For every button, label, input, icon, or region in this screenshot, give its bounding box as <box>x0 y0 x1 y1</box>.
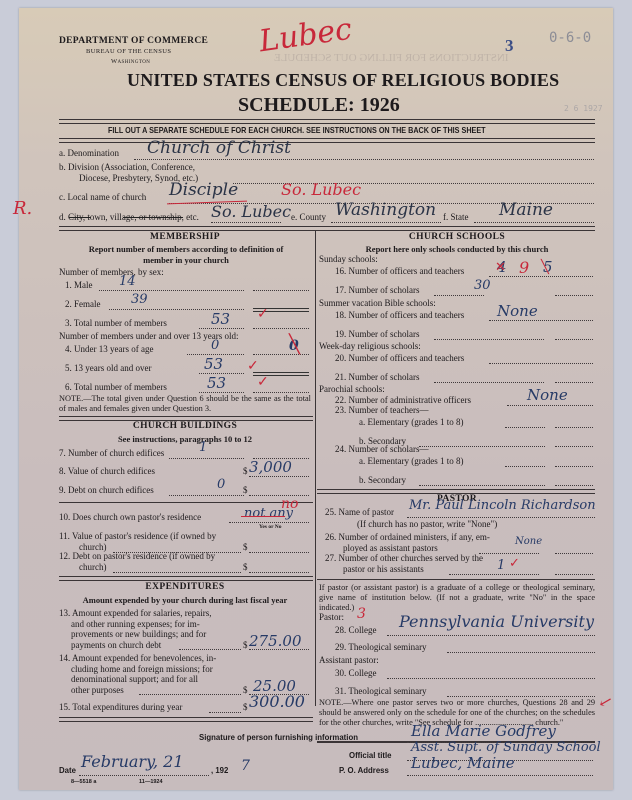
q11-dollar-line <box>249 552 309 553</box>
q3-check-line <box>253 328 309 329</box>
q25-pastor-name[interactable]: Mr. Paul Lincoln Richardson <box>409 498 596 513</box>
q26-label-line1: 26. Number of ordained ministers, if any… <box>325 532 490 542</box>
q26-value[interactable]: None <box>515 536 542 547</box>
q30-label: 30. College <box>335 668 377 678</box>
state-value[interactable]: Maine <box>499 200 553 220</box>
q1-check-line <box>253 290 309 291</box>
members-by-sex-label: Number of members, by sex: <box>59 267 164 277</box>
received-date-stamp: 2 6 1927 <box>564 104 603 113</box>
expenditures-subtitle: Amount expended by your church during la… <box>59 595 311 605</box>
q19-line <box>434 339 544 340</box>
q4-cross-mark-icon: ╲ <box>289 334 300 355</box>
local-name-label: c. Local name of church <box>59 192 146 202</box>
bureau-city: Washington <box>111 58 150 65</box>
q13-label-line1: 13. Amount expended for salaries, repair… <box>59 608 211 619</box>
year-digit[interactable]: 7 <box>241 758 250 774</box>
margin-mark: R. <box>13 198 32 219</box>
schools-title: CHURCH SCHOOLS <box>319 232 595 242</box>
q3-line <box>199 328 244 329</box>
q21-line <box>434 382 544 383</box>
pastor-inner-divider <box>317 579 595 580</box>
q26-label-line2: ployed as assistant pastors <box>343 543 438 553</box>
q30-line <box>387 678 595 679</box>
membership-subtitle: Report number of members according to de… <box>75 244 297 266</box>
q27-checkmark-icon: ✓ <box>509 556 520 571</box>
q7-edifices-value[interactable]: 1 <box>199 440 207 455</box>
q24-label: 24. Number of scholars— <box>335 444 428 454</box>
local-name-value[interactable]: Disciple <box>169 180 238 200</box>
q13-label: 13. Amount expended for salaries, repair… <box>59 608 211 650</box>
q8-currency: $ <box>243 466 248 476</box>
q4-under13-value[interactable]: 0 <box>211 338 219 353</box>
q27-value[interactable]: 1 <box>497 558 505 573</box>
census-schedule-sheet: INSTRUCTIONS FOR FILLING OUT SCHEDULE DE… <box>19 8 613 790</box>
signature-value[interactable]: Ella Marie Godfrey <box>411 722 556 740</box>
official-title-label: Official title <box>349 751 391 760</box>
q23a-label: a. Elementary (grades 1 to 8) <box>359 417 463 427</box>
membership-note: NOTE.—The total given under Question 6 s… <box>59 394 311 414</box>
county-line <box>331 222 441 223</box>
q27-label-line1: 27. Number of other churches served by t… <box>325 553 483 563</box>
q14-line <box>139 694 241 695</box>
q13-line <box>179 649 241 650</box>
date-value[interactable]: February, 21 <box>81 752 184 771</box>
q4-under13-label: 4. Under 13 years of age <box>65 344 153 354</box>
q22-value[interactable]: None <box>527 386 568 404</box>
signature-label: Signature of person furnishing informati… <box>199 733 358 742</box>
q24a-line <box>505 466 545 467</box>
q13-label-line2: and other running expenses; for im- <box>59 619 211 630</box>
q17-line <box>434 295 484 296</box>
q26-check-line <box>555 553 593 554</box>
q6-total-value[interactable]: 53 <box>207 374 226 392</box>
schools-subtitle: Report here only schools conducted by th… <box>319 244 595 254</box>
denomination-label: a. Denomination <box>59 148 119 158</box>
q24b-line <box>419 485 545 486</box>
q21-label: 21. Number of scholars <box>335 372 419 382</box>
q31-line <box>447 696 595 697</box>
village-strikeout <box>123 217 183 218</box>
department-name: DEPARTMENT OF COMMERCE <box>59 36 208 46</box>
q14-label-line1: 14. Amount expended for benevolences, in… <box>59 653 216 664</box>
q17-check-line <box>555 295 593 296</box>
q17-value[interactable]: 30 <box>474 278 491 293</box>
city-strikeout <box>69 217 91 218</box>
q18-label: 18. Number of officers and teachers <box>335 310 464 320</box>
q10-hint: Yes or No <box>259 524 282 530</box>
q17-label: 17. Number of scholars <box>335 285 419 295</box>
q27-label-line2: pastor or his assistants <box>343 564 424 574</box>
q5-over13-label: 5. 13 years old and over <box>65 363 151 373</box>
q8-line <box>249 476 309 477</box>
pastor-education-label: Pastor: <box>319 612 344 622</box>
q8-value-label: 8. Value of church edifices <box>59 466 155 476</box>
q1-male-value[interactable]: 14 <box>119 274 136 289</box>
membership-title: MEMBERSHIP <box>59 232 311 242</box>
buildings-title: CHURCH BUILDINGS <box>59 421 311 431</box>
q29-line <box>447 652 595 653</box>
q16-strike-icon: ✕ <box>495 260 506 275</box>
q9-line <box>169 495 244 496</box>
q12-currency: $ <box>243 562 248 572</box>
q10-correction[interactable]: no <box>281 496 298 512</box>
expenditures-title: EXPENDITURES <box>59 582 311 592</box>
form-code: 8—5518 a <box>71 779 96 785</box>
q3-total-value[interactable]: 53 <box>211 310 230 328</box>
q12-line <box>113 572 241 573</box>
q9-dollar-line <box>249 495 309 496</box>
division-label-line1: b. Division (Association, Conference, <box>59 162 195 172</box>
q11-currency: $ <box>243 542 248 552</box>
q15-total-value[interactable]: 300.00 <box>249 692 305 711</box>
q23b-check-line <box>555 446 593 447</box>
summer-schools-label: Summer vacation Bible schools: <box>319 298 436 308</box>
q24b-label: b. Secondary <box>359 475 406 485</box>
q7-line <box>169 458 244 459</box>
q18-line <box>489 320 593 321</box>
state-line <box>474 222 594 223</box>
q9-debt-value[interactable]: 0 <box>217 477 225 492</box>
q20-label: 20. Number of officers and teachers <box>335 353 464 363</box>
q25-hint: (If church has no pastor, write "None") <box>357 519 497 529</box>
q19-check-line <box>555 339 593 340</box>
city-line <box>211 222 281 223</box>
header-divider <box>59 119 595 124</box>
q6-total-label: 6. Total number of members <box>65 382 167 392</box>
q22-line <box>507 405 593 406</box>
date-label: Date <box>59 766 76 775</box>
q28-line <box>387 635 595 636</box>
q3-total-label: 3. Total number of members <box>65 318 167 328</box>
q28-label: 28. College <box>335 625 377 635</box>
po-address-value[interactable]: Lubec, Maine <box>411 754 515 772</box>
q10-strikeout <box>241 516 285 517</box>
q9-currency: $ <box>243 485 248 495</box>
q23a-line <box>505 427 545 428</box>
q29-label: 29. Theological seminary <box>335 642 427 652</box>
reverse-side-show-through: INSTRUCTIONS FOR FILLING OUT SCHEDULE <box>274 52 508 64</box>
q2-female-value[interactable]: 39 <box>131 292 148 307</box>
q15-currency: $ <box>243 702 248 712</box>
q5-checkmark-icon: ✓ <box>247 358 259 374</box>
q6-checkmark-icon: ✓ <box>257 374 269 390</box>
q24b-check-line <box>555 485 593 486</box>
pastor-margin-mark: 3 <box>357 606 366 622</box>
q10-line <box>229 522 309 523</box>
stamp-number: 3 <box>505 36 514 56</box>
expenditures-divider <box>59 717 313 722</box>
q18-value[interactable]: None <box>497 302 538 320</box>
sunday-schools-label: Sunday schools: <box>319 254 378 264</box>
q13-value[interactable]: 275.00 <box>249 632 302 650</box>
q16-strike-icon-2: ╲ <box>541 260 549 275</box>
county-label: e. County <box>291 212 326 222</box>
fill-out-instruction: FILL OUT A SEPARATE SCHEDULE FOR EACH CH… <box>108 125 486 135</box>
q26-line <box>479 553 539 554</box>
q24a-label: a. Elementary (grades 1 to 8) <box>359 456 463 466</box>
buildings-divider <box>59 576 313 581</box>
q6-line <box>199 392 244 393</box>
q22-label: 22. Number of administrative officers <box>335 395 471 405</box>
margin-arrow-icon: ↙ <box>597 691 615 713</box>
assistant-pastor-label: Assistant pastor: <box>319 655 379 665</box>
q31-label: 31. Theological seminary <box>335 686 427 696</box>
county-value[interactable]: Washington <box>335 200 436 220</box>
q20-line <box>489 363 593 364</box>
q1-line <box>99 290 244 291</box>
q13-currency: $ <box>243 640 248 650</box>
form-title: UNITED STATES CENSUS OF RELIGIOUS BODIES <box>127 70 559 91</box>
parochial-schools-label: Parochial schools: <box>319 384 385 394</box>
q1-male-label: 1. Male <box>65 280 93 290</box>
city-value[interactable]: So. Lubec <box>211 202 291 221</box>
q5-over13-value[interactable]: 53 <box>204 355 223 373</box>
q10-residence-label: 10. Does church own pastor's residence <box>59 512 201 522</box>
q15-line <box>209 712 241 713</box>
q11-label-line1: 11. Value of pastor's residence (if owne… <box>59 531 216 541</box>
local-name-correction[interactable]: So. Lubec <box>281 180 361 199</box>
q14-label-line2: cluding home and foreign missions; for <box>59 664 216 675</box>
denomination-value[interactable]: Church of Christ <box>147 138 291 158</box>
q14-label-line3: denominational support; and for all <box>59 674 216 685</box>
schedule-year: SCHEDULE: 1926 <box>238 94 400 117</box>
q23b-line <box>419 446 545 447</box>
po-address-label: P. O. Address <box>339 766 389 775</box>
q25-line <box>407 517 595 518</box>
q9-debt-label: 9. Debt on church edifices <box>59 485 154 495</box>
bureau-name: BUREAU OF THE CENSUS <box>86 48 171 55</box>
q16-line <box>489 276 593 277</box>
q21-check-line <box>555 382 593 383</box>
column-divider <box>315 230 316 706</box>
stamp-code: 0-6-0 <box>549 30 591 46</box>
q14-label: 14. Amount expended for benevolences, in… <box>59 653 216 695</box>
q14-currency: $ <box>243 685 248 695</box>
identification-divider <box>59 226 595 231</box>
q7-edifices-label: 7. Number of church edifices <box>59 448 164 458</box>
q28-college-value[interactable]: Pennsylvania University <box>399 612 594 631</box>
q16-label: 16. Number of officers and teachers <box>335 266 464 276</box>
q23-label: 23. Number of teachers— <box>335 405 428 415</box>
date-line <box>79 775 209 776</box>
q12-dollar-line <box>249 572 309 573</box>
denomination-line <box>134 159 594 160</box>
q13-label-line3: provements or new buildings; and for <box>59 629 211 640</box>
buildings-subtitle: See instructions, paragraphs 10 to 12 <box>59 434 311 444</box>
q24a-check-line <box>555 466 593 467</box>
q16-corrected-value[interactable]: 9 <box>519 258 529 277</box>
buildings-inner-divider <box>59 502 313 503</box>
instruction-divider <box>59 138 595 143</box>
q12-label-line1: 12. Debt on pastor's residence (if owned… <box>59 551 215 561</box>
q25-label: 25. Name of pastor <box>325 507 394 517</box>
q15-total-label: 15. Total expenditures during year <box>59 702 182 712</box>
official-title-value[interactable]: Asst. Supt. of Sunday School <box>411 740 601 755</box>
q27-line <box>449 574 539 575</box>
q2-female-label: 2. Female <box>65 299 101 309</box>
q19-label: 19. Number of scholars <box>335 329 419 339</box>
q12-label-line2: church) <box>79 562 106 572</box>
weekday-schools-label: Week-day religious schools: <box>319 341 421 351</box>
q8-value-value[interactable]: 3,000 <box>249 458 292 476</box>
print-code: 11—1924 <box>139 779 163 785</box>
po-address-line <box>407 775 593 776</box>
q27-check-line <box>555 574 593 575</box>
q6-check-line <box>253 392 309 393</box>
state-label: f. State <box>443 212 469 222</box>
year-prefix: , 192 <box>211 766 228 775</box>
q4-check-line <box>253 354 309 355</box>
q3-checkmark-icon: ✓ <box>257 306 269 322</box>
q23a-check-line <box>555 427 593 428</box>
